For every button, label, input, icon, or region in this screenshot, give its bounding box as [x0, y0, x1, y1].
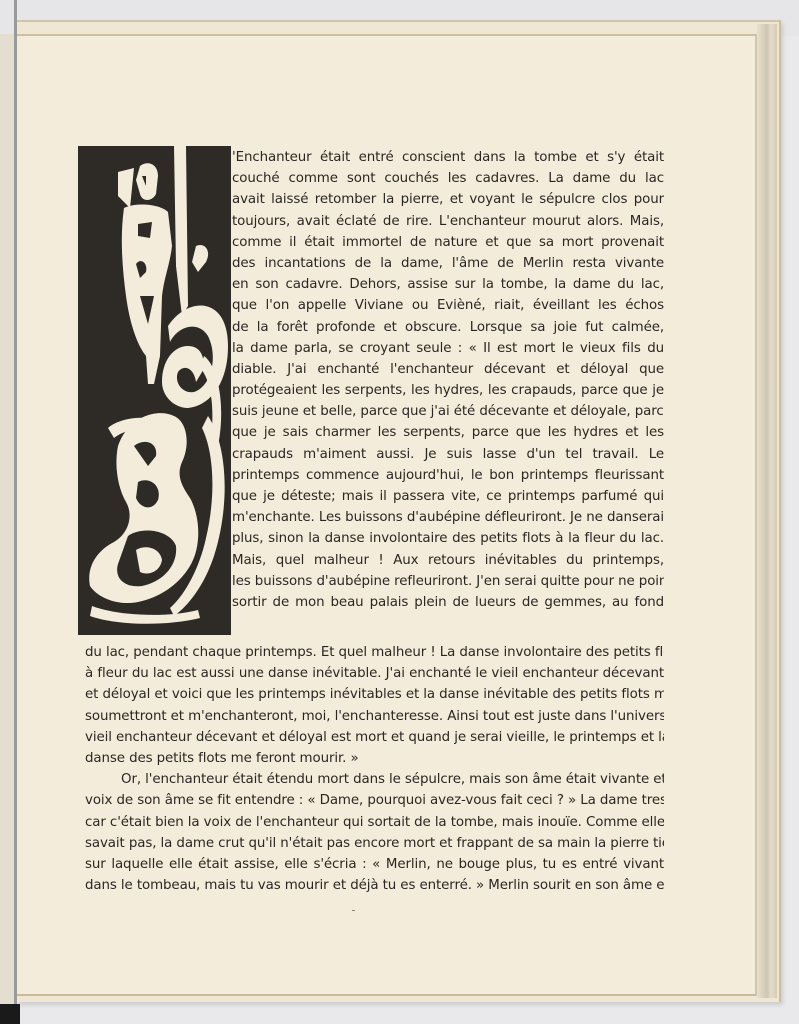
text-line: sur laquelle elle était assise, elle s'é… — [85, 854, 664, 875]
text-line: du lac, pendant chaque printemps. Et que… — [85, 642, 664, 663]
book-spine-gutter — [14, 0, 17, 1024]
woodcut-illustration — [78, 146, 231, 635]
text-line: que je déteste; mais il passera vite, ce… — [232, 486, 664, 507]
text-line: en son cadavre. Dehors, assise sur la to… — [232, 274, 664, 295]
body-text-wrapped: 'Enchanteur était entré conscient dans l… — [232, 147, 664, 613]
text-line: car c'était bien la voix de l'enchanteur… — [85, 812, 664, 833]
text-line: vieil enchanteur décevant et déloyal est… — [85, 727, 664, 748]
text-line: les buissons d'aubépine refleuriront. J'… — [232, 571, 664, 592]
scan-corner-shadow — [0, 1004, 20, 1024]
text-line: comme il était immortel de nature et que… — [232, 232, 664, 253]
text-line: et déloyal et voici que les printemps in… — [85, 684, 664, 705]
text-line: de la forêt profonde et obscure. Lorsque… — [232, 317, 664, 338]
text-line: soumettront et m'enchanteront, moi, l'en… — [85, 706, 664, 727]
text-line: dans le tombeau, mais tu vas mourir et d… — [85, 875, 664, 896]
text-line-paragraph-start: Or, l'enchanteur était étendu mort dans … — [85, 769, 664, 790]
text-line: des incantations de la dame, l'âme de Me… — [232, 253, 664, 274]
text-line: sortir de mon beau palais plein de lueur… — [232, 592, 664, 613]
text-line: protégeaient les serpents, les hydres, l… — [232, 380, 664, 401]
text-line: voix de son âme se fit entendre : « Dame… — [85, 790, 664, 811]
text-line-paragraph-end: danse des petits flots me feront mourir.… — [85, 748, 664, 769]
text-line: la dame parla, se croyant seule : « Il e… — [232, 338, 664, 359]
text-line: que je sais charmer les serpents, parce … — [232, 422, 664, 443]
left-page-edge — [0, 34, 15, 1004]
text-line: toujours, avait éclaté de rire. L'enchan… — [232, 211, 664, 232]
text-line: diable. J'ai enchanté l'enchanteur décev… — [232, 359, 664, 380]
woodcut-figures-icon — [78, 146, 231, 635]
text-line: m'enchante. Les buissons d'aubépine défl… — [232, 507, 664, 528]
text-line: 'Enchanteur était entré conscient dans l… — [232, 147, 664, 168]
text-line: plus, sinon la danse involontaire des pe… — [232, 528, 664, 549]
text-line: Mais, quel malheur ! Aux retours inévita… — [232, 550, 664, 571]
text-line: que l'on appelle Viviane ou Evièné, riai… — [232, 295, 664, 316]
text-line: savait pas, la dame crut qu'il n'était p… — [85, 833, 664, 854]
text-line: suis jeune et belle, parce que j'ai été … — [232, 401, 664, 422]
text-line: avait laissé retomber la pierre, et voya… — [232, 189, 664, 210]
text-line: couché comme sont couchés les cadavres. … — [232, 168, 664, 189]
text-line: à fleur du lac est aussi une danse inévi… — [85, 663, 664, 684]
text-line: crapauds m'aiment aussi. Je suis lasse d… — [232, 444, 664, 465]
body-text-full: du lac, pendant chaque printemps. Et que… — [85, 642, 664, 896]
text-line: printemps commence aujourd'hui, le bon p… — [232, 465, 664, 486]
deckled-page-edges — [757, 24, 777, 998]
page-speck — [352, 910, 355, 911]
